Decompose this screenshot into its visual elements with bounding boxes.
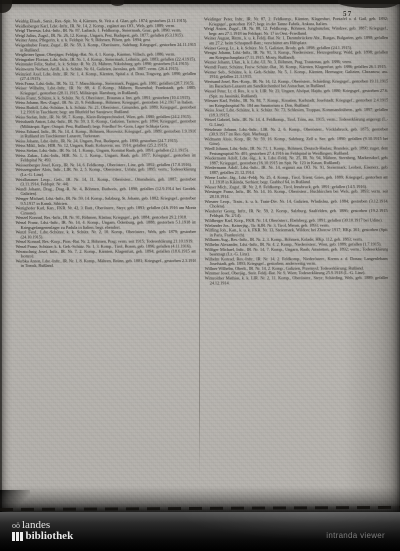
logo-bibliothek-text: bibliothek — [26, 531, 74, 542]
text-column-left: Weidrig Elisab., Sanit., Res.-Spit. Nr. … — [15, 19, 196, 471]
directory-entry: Wimroither Mathias, k. k. LIR. Nr. 2, 11… — [205, 276, 388, 286]
logo-bars-icon — [12, 532, 23, 541]
logo-prefix: oö — [12, 521, 20, 530]
logo-line-2: bibliothek — [12, 531, 73, 542]
scan-corner-shadow-top-right — [338, 0, 400, 8]
scan-left-edge — [0, 0, 2, 514]
scan-top-mark — [111, 0, 124, 6]
viewer-root: 57 Weidrig Elisab., Sanit., Res.-Spit. N… — [0, 0, 400, 551]
text-column-right: Weidinger Peter, Inftr., IR. Nr. 87, 2. … — [204, 17, 388, 487]
column-divider-rule — [199, 24, 200, 476]
intranda-viewer-label[interactable]: intranda viewer — [326, 531, 385, 540]
footer-bar: oölandes bibliothek intranda viewer — [0, 512, 400, 551]
library-logo[interactable]: oölandes bibliothek — [12, 520, 73, 542]
directory-entry: Werbka Anton, Ldst.-Inftr., IR. Nr. 1, 8… — [16, 258, 196, 268]
scanned-page-image[interactable]: 57 Weidrig Elisab., Sanit., Res.-Spit. N… — [0, 0, 400, 514]
